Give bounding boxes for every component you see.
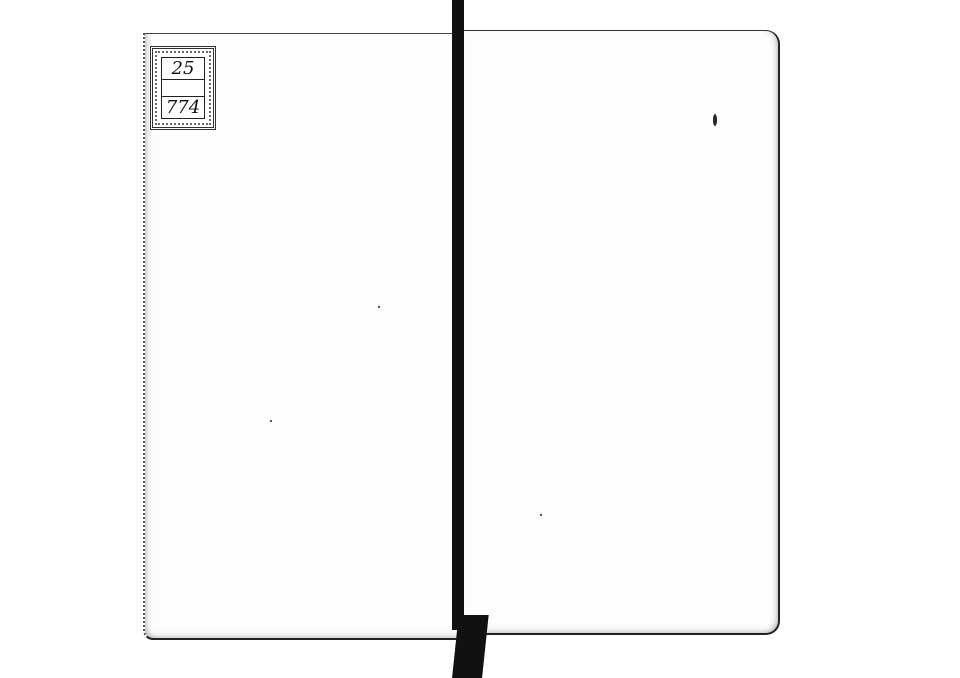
- shelf-label-blank-field: [162, 79, 204, 97]
- shelf-label-top-number: 25: [162, 58, 204, 79]
- bookmark-ribbon: [451, 615, 488, 678]
- ink-speck: [713, 114, 717, 126]
- ink-speck: [540, 514, 542, 516]
- ink-speck: [378, 306, 380, 308]
- ink-speck: [270, 420, 272, 422]
- shelf-label: 25 774: [150, 46, 216, 130]
- right-page: [462, 30, 780, 635]
- shelf-label-bottom-number: 774: [162, 97, 204, 118]
- book-spine: [452, 0, 464, 630]
